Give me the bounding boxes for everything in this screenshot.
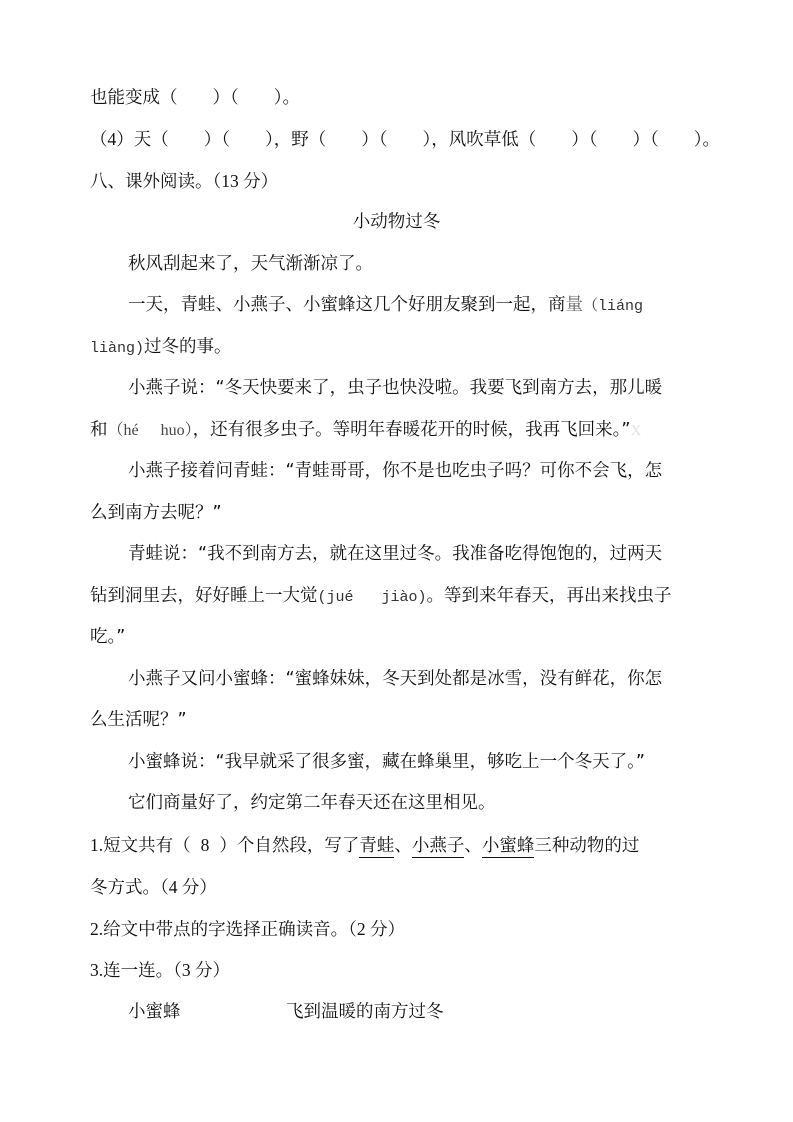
pinyin-option: (jué — [318, 589, 354, 606]
paragraph-2-line-1: 一天，青蛙、小燕子、小蜜蜂这几个好朋友聚到一起，商量（liáng — [128, 293, 703, 319]
paragraph-3-line-1: 小燕子说：“冬天快要来了，虫子也快没啦。我要飞到南方去，那儿暖 — [128, 376, 703, 400]
paragraph-2-line-2: liàng)过冬的事。 — [90, 335, 703, 361]
paragraph-text: 过冬的事。 — [144, 337, 232, 357]
question-score: （2 分） — [348, 919, 405, 939]
question-text: ）个自然段，写了 — [219, 836, 359, 856]
section-label: 八、课外阅读。 — [90, 172, 213, 192]
answer-paragraph-count[interactable]: 8 — [201, 835, 210, 855]
article-title: 小动物过冬 — [0, 210, 793, 234]
section-score: （13 分） — [213, 171, 279, 191]
question-text: 三种动物的过 — [534, 836, 639, 856]
pinyin-option: liàng) — [90, 340, 144, 357]
answer-animal-1[interactable]: 青蛙 — [359, 836, 394, 858]
answer-animal-2[interactable]: 小燕子 — [412, 836, 465, 858]
dotted-character: 量 — [566, 295, 584, 315]
pinyin-option: jiào) — [382, 589, 427, 606]
question-text: 给文中带点的字选择正确读音。 — [103, 920, 348, 940]
question-number: 2. — [90, 919, 103, 939]
fill-blank-text: 也能变成（ ）（ ）。 — [90, 88, 300, 108]
paragraph-6-line-1: 小燕子又问小蜜蜂：“蜜蜂妹妹，冬天到处都是冰雪，没有鲜花，你怎 — [128, 667, 703, 691]
pinyin-option: （liáng — [583, 298, 643, 315]
paragraph-4-line-2: 么到南方去呢？” — [90, 501, 703, 525]
paragraph-text: 。等到来年春天，再出来找虫子 — [427, 586, 672, 606]
answer-animal-3[interactable]: 小蜜蜂 — [482, 836, 535, 858]
paragraph-5-line-1: 青蛙说：“我不到南方去，就在这里过冬。我准备吃得饱饱的，过两天 — [128, 542, 703, 566]
separator: 、 — [394, 836, 412, 856]
paragraph-8: 它们商量好了，约定第二年春天还在这里相见。 — [128, 791, 703, 815]
paragraph-1: 秋风刮起来了，天气渐渐凉了。 — [128, 252, 703, 276]
question-number: 1. — [90, 835, 103, 855]
pinyin-option: （hé — [108, 422, 139, 439]
paragraph-4-line-1: 小燕子接着问青蛙：“青蛙哥哥，你不是也吃虫子吗？可你不会飞，怎 — [128, 459, 703, 483]
paragraph-text: 和 — [90, 420, 108, 440]
fill-blank-line-3-cont: 也能变成（ ）（ ）。 — [90, 86, 703, 110]
paragraph-text: 一天，青蛙、小燕子、小蜜蜂这几个好朋友聚到一起，商 — [128, 295, 566, 315]
paragraph-5-line-3: 吃。” — [90, 625, 703, 649]
question-1-line-2: 冬方式。（4 分） — [90, 875, 703, 900]
question-3: 3.连一连。（3 分） — [90, 958, 703, 983]
paragraph-5-line-2: 钻到洞里去，好好睡上一大觉(juéjiào)。等到来年春天，再出来找虫子 — [90, 584, 703, 610]
paragraph-text: ，还有很多虫子。等明年春暖花开的时候，我再飞回来。” — [193, 420, 631, 440]
paragraph-6-line-2: 么生活呢？” — [90, 708, 703, 732]
question-text: 冬方式。 — [90, 878, 160, 898]
item-number: （4） — [90, 129, 134, 149]
match-right-item[interactable]: 飞到温暖的南方过冬 — [286, 1000, 703, 1024]
paragraph-7: 小蜜蜂说：“我早就采了很多蜜，藏在蜂巢里，够吃上一个冬天了。” — [128, 750, 703, 774]
section-heading-8: 八、课外阅读。（13 分） — [90, 169, 703, 194]
paragraph-3-line-2: 和（héhuo），还有很多虫子。等明年春暖花开的时候，我再飞回来。”X — [90, 418, 703, 443]
blank-sky[interactable]: 天（ ）（ ）， — [134, 130, 292, 150]
question-text: 连一连。 — [103, 961, 173, 981]
blank-field[interactable]: 野（ ）（ ）， — [291, 130, 449, 150]
question-2: 2.给文中带点的字选择正确读音。（2 分） — [90, 917, 703, 942]
separator: 、 — [464, 836, 482, 856]
question-text: 短文共有（ — [103, 836, 191, 856]
pinyin-option: huo） — [161, 422, 193, 439]
question-1-line-1: 1.短文共有（8）个自然段，写了青蛙、小燕子、小蜜蜂三种动物的过 — [90, 833, 703, 858]
paragraph-text: 钻到洞里去，好好睡上一大觉 — [90, 586, 318, 606]
question-score: （3 分） — [173, 960, 230, 980]
blank-wind[interactable]: 风吹草低（ ）（ ）（ ）。 — [449, 130, 720, 150]
question-number: 3. — [90, 960, 103, 980]
question-score: （4 分） — [160, 877, 217, 897]
ghost-mark: X — [630, 423, 641, 439]
fill-blank-line-4: （4）天（ ）（ ），野（ ）（ ），风吹草低（ ）（ ）（ ）。 — [90, 127, 703, 152]
